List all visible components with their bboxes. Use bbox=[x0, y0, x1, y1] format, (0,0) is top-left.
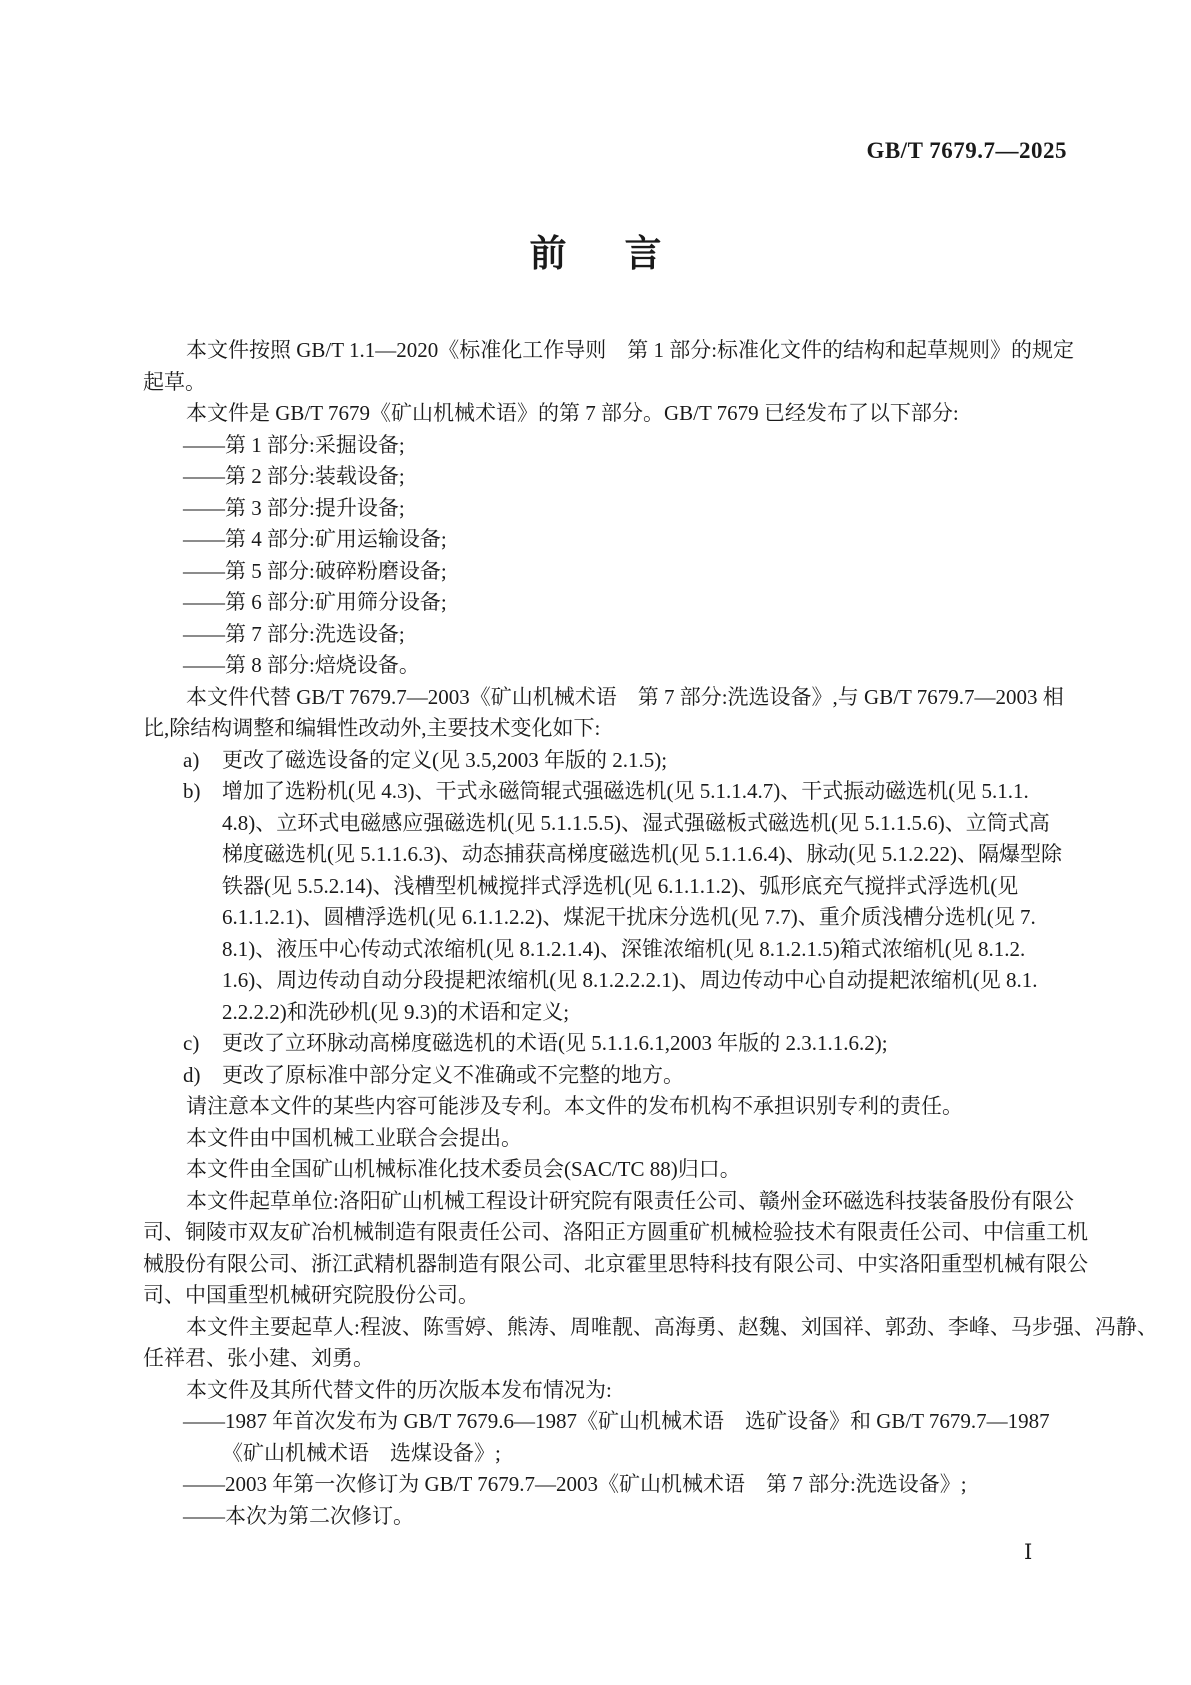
text-line: ——第 6 部分:矿用筛分设备; bbox=[143, 587, 1083, 619]
text-line: 8.1)、液压中心传动式浓缩机(见 8.1.2.1.4)、深锥浓缩机(见 8.1… bbox=[143, 934, 1083, 966]
foreword-dash-item: ——1987 年首次发布为 GB/T 7679.6—1987《矿山机械术语 选矿… bbox=[143, 1406, 1083, 1469]
text-line: 本文件及其所代替文件的历次版本发布情况为: bbox=[143, 1375, 1083, 1407]
list-item-text: 增加了选粉机(见 4.3)、干式永磁筒辊式强磁选机(见 5.1.1.4.7)、干… bbox=[222, 779, 1029, 803]
list-item-label: d) bbox=[183, 1060, 222, 1092]
page-title: 前 言 bbox=[0, 234, 1191, 275]
foreword-list-item: d)更改了原标准中部分定义不准确或不完整的地方。 bbox=[143, 1060, 1083, 1092]
text-line: 本文件由中国机械工业联合会提出。 bbox=[143, 1123, 1083, 1155]
text-line: ——第 4 部分:矿用运输设备; bbox=[143, 524, 1083, 556]
text-line: 4.8)、立环式电磁感应强磁选机(见 5.1.1.5.5)、湿式强磁板式磁选机(… bbox=[143, 808, 1083, 840]
list-item-label: b) bbox=[183, 776, 222, 808]
foreword-paragraph: 本文件由中国机械工业联合会提出。 bbox=[143, 1123, 1083, 1155]
list-item-label: c) bbox=[183, 1028, 222, 1060]
text-line: 比,除结构调整和编辑性改动外,主要技术变化如下: bbox=[143, 713, 1083, 745]
text-line: 本文件起草单位:洛阳矿山机械工程设计研究院有限责任公司、赣州金环磁选科技装备股份… bbox=[143, 1186, 1083, 1218]
standard-code: GB/T 7679.7—2025 bbox=[866, 138, 1067, 164]
text-line: ——第 1 部分:采掘设备; bbox=[143, 430, 1083, 462]
text-line: 本文件由全国矿山机械标准化技术委员会(SAC/TC 88)归口。 bbox=[143, 1154, 1083, 1186]
foreword-paragraph: 本文件代替 GB/T 7679.7—2003《矿山机械术语 第 7 部分:洗选设… bbox=[143, 682, 1083, 745]
foreword-dash-item: ——第 6 部分:矿用筛分设备; bbox=[143, 587, 1083, 619]
text-line: ——1987 年首次发布为 GB/T 7679.6—1987《矿山机械术语 选矿… bbox=[143, 1406, 1083, 1438]
foreword-paragraph: 本文件由全国矿山机械标准化技术委员会(SAC/TC 88)归口。 bbox=[143, 1154, 1083, 1186]
foreword-paragraph: 请注意本文件的某些内容可能涉及专利。本文件的发布机构不承担识别专利的责任。 bbox=[143, 1091, 1083, 1123]
list-item-text: 更改了原标准中部分定义不准确或不完整的地方。 bbox=[222, 1063, 684, 1087]
text-line: 2.2.2.2)和洗砂机(见 9.3)的术语和定义; bbox=[143, 997, 1083, 1029]
text-line: 本文件是 GB/T 7679《矿山机械术语》的第 7 部分。GB/T 7679 … bbox=[143, 398, 1083, 430]
foreword-paragraph: 本文件主要起草人:程波、陈雪婷、熊涛、周唯靓、高海勇、赵魏、刘国祥、郭劲、李峰、… bbox=[143, 1312, 1083, 1375]
foreword-dash-item: ——第 1 部分:采掘设备; bbox=[143, 430, 1083, 462]
text-line: 梯度磁选机(见 5.1.1.6.3)、动态捕获高梯度磁选机(见 5.1.1.6.… bbox=[143, 839, 1083, 871]
text-line: ——2003 年第一次修订为 GB/T 7679.7—2003《矿山机械术语 第… bbox=[143, 1469, 1083, 1501]
page-number: Ⅰ bbox=[1024, 1540, 1032, 1564]
text-line: 起草。 bbox=[143, 367, 1083, 399]
document-page: GB/T 7679.7—2025 前 言 本文件按照 GB/T 1.1—2020… bbox=[0, 0, 1191, 1685]
text-line: 械股份有限公司、浙江武精机器制造有限公司、北京霍里思特科技有限公司、中实洛阳重型… bbox=[143, 1249, 1083, 1281]
text-line: ——第 8 部分:焙烧设备。 bbox=[143, 650, 1083, 682]
list-item-text: 更改了立环脉动高梯度磁选机的术语(见 5.1.1.6.1,2003 年版的 2.… bbox=[222, 1031, 888, 1055]
foreword-paragraph: 本文件及其所代替文件的历次版本发布情况为: bbox=[143, 1375, 1083, 1407]
foreword-dash-item: ——2003 年第一次修订为 GB/T 7679.7—2003《矿山机械术语 第… bbox=[143, 1469, 1083, 1501]
text-line: 司、铜陵市双友矿冶机械制造有限责任公司、洛阳正方圆重矿机械检验技术有限责任公司、… bbox=[143, 1217, 1083, 1249]
foreword-paragraph: 本文件按照 GB/T 1.1—2020《标准化工作导则 第 1 部分:标准化文件… bbox=[143, 335, 1083, 398]
text-line: 任祥君、张小建、刘勇。 bbox=[143, 1343, 1083, 1375]
text-line: ——本次为第二次修订。 bbox=[143, 1501, 1083, 1533]
text-line: ——第 7 部分:洗选设备; bbox=[143, 619, 1083, 651]
text-line: ——第 3 部分:提升设备; bbox=[143, 493, 1083, 525]
text-line: d)更改了原标准中部分定义不准确或不完整的地方。 bbox=[143, 1060, 1083, 1092]
text-line: 本文件主要起草人:程波、陈雪婷、熊涛、周唯靓、高海勇、赵魏、刘国祥、郭劲、李峰、… bbox=[143, 1312, 1083, 1344]
foreword-list-item: a)更改了磁选设备的定义(见 3.5,2003 年版的 2.1.5); bbox=[143, 745, 1083, 777]
list-item-text: 更改了磁选设备的定义(见 3.5,2003 年版的 2.1.5); bbox=[222, 748, 667, 772]
text-line: 本文件代替 GB/T 7679.7—2003《矿山机械术语 第 7 部分:洗选设… bbox=[143, 682, 1083, 714]
foreword-paragraph: 本文件是 GB/T 7679《矿山机械术语》的第 7 部分。GB/T 7679 … bbox=[143, 398, 1083, 430]
text-line: 《矿山机械术语 选煤设备》; bbox=[143, 1438, 1083, 1470]
page-title-char-2: 言 bbox=[625, 234, 662, 275]
foreword-dash-item: ——第 4 部分:矿用运输设备; bbox=[143, 524, 1083, 556]
foreword-list-item: b)增加了选粉机(见 4.3)、干式永磁筒辊式强磁选机(见 5.1.1.4.7)… bbox=[143, 776, 1083, 1028]
text-line: a)更改了磁选设备的定义(见 3.5,2003 年版的 2.1.5); bbox=[143, 745, 1083, 777]
text-line: c)更改了立环脉动高梯度磁选机的术语(见 5.1.1.6.1,2003 年版的 … bbox=[143, 1028, 1083, 1060]
foreword-dash-item: ——本次为第二次修订。 bbox=[143, 1501, 1083, 1533]
foreword-list-item: c)更改了立环脉动高梯度磁选机的术语(见 5.1.1.6.1,2003 年版的 … bbox=[143, 1028, 1083, 1060]
text-line: 铁器(见 5.5.2.14)、浅槽型机械搅拌式浮选机(见 6.1.1.1.2)、… bbox=[143, 871, 1083, 903]
foreword-body: 本文件按照 GB/T 1.1—2020《标准化工作导则 第 1 部分:标准化文件… bbox=[143, 335, 1083, 1532]
text-line: 本文件按照 GB/T 1.1—2020《标准化工作导则 第 1 部分:标准化文件… bbox=[143, 335, 1083, 367]
foreword-dash-item: ——第 8 部分:焙烧设备。 bbox=[143, 650, 1083, 682]
text-line: ——第 5 部分:破碎粉磨设备; bbox=[143, 556, 1083, 588]
foreword-dash-item: ——第 2 部分:装载设备; bbox=[143, 461, 1083, 493]
text-line: 请注意本文件的某些内容可能涉及专利。本文件的发布机构不承担识别专利的责任。 bbox=[143, 1091, 1083, 1123]
text-line: 司、中国重型机械研究院股份公司。 bbox=[143, 1280, 1083, 1312]
list-item-label: a) bbox=[183, 745, 222, 777]
text-line: 6.1.1.2.1)、圆槽浮选机(见 6.1.1.2.2)、煤泥干扰床分选机(见… bbox=[143, 902, 1083, 934]
foreword-dash-item: ——第 3 部分:提升设备; bbox=[143, 493, 1083, 525]
foreword-dash-item: ——第 7 部分:洗选设备; bbox=[143, 619, 1083, 651]
foreword-paragraph: 本文件起草单位:洛阳矿山机械工程设计研究院有限责任公司、赣州金环磁选科技装备股份… bbox=[143, 1186, 1083, 1312]
page-title-char-1: 前 bbox=[530, 234, 567, 275]
text-line: ——第 2 部分:装载设备; bbox=[143, 461, 1083, 493]
text-line: 1.6)、周边传动自动分段提耙浓缩机(见 8.1.2.2.2.1)、周边传动中心… bbox=[143, 965, 1083, 997]
text-line: b)增加了选粉机(见 4.3)、干式永磁筒辊式强磁选机(见 5.1.1.4.7)… bbox=[143, 776, 1083, 808]
foreword-dash-item: ——第 5 部分:破碎粉磨设备; bbox=[143, 556, 1083, 588]
